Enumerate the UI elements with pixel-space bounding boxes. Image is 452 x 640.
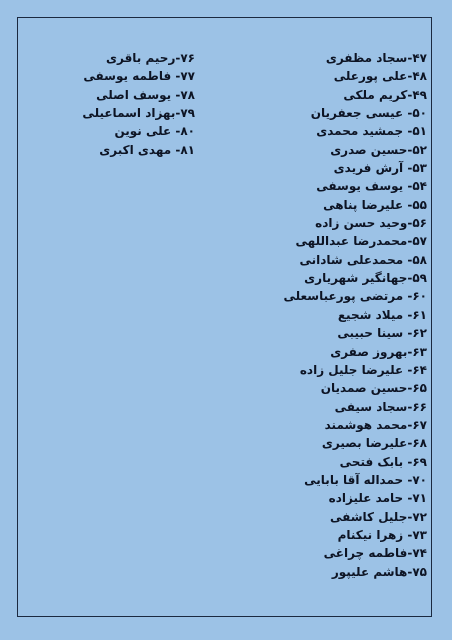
document-page: ۴۷-سجاد مظفری۴۸-علی پورعلی۴۹-کریم ملکی۵۰… [0, 0, 452, 640]
list-entry: ۴۹-کریم ملکی [283, 86, 427, 104]
list-entry: ۷۷- فاطمه یوسفی [82, 67, 195, 85]
list-entry: ۷۵-هاشم علیپور [283, 563, 427, 581]
name-list-left-column: ۷۶-رحیم باقری۷۷- فاطمه یوسفی۷۸- یوسف اصل… [82, 49, 195, 159]
list-entry: ۷۳- زهرا نیکنام [283, 526, 427, 544]
list-entry: ۶۴- علیرضا جلیل زاده [283, 361, 427, 379]
list-entry: ۶۷-محمد هوشمند [283, 416, 427, 434]
list-entry: ۵۷-محمدرضا عبداللهی [283, 232, 427, 250]
list-entry: ۵۹-جهانگیر شهریاری [283, 269, 427, 287]
list-entry: ۷۰- حمداله آقا بابایی [283, 471, 427, 489]
list-entry: ۷۱- حامد علیزاده [283, 489, 427, 507]
list-entry: ۵۱- جمشید محمدی [283, 122, 427, 140]
list-entry: ۵۰- عیسی جعفریان [283, 104, 427, 122]
list-entry: ۵۴- یوسف یوسفی [283, 177, 427, 195]
list-entry: ۶۲- سینا حبیبی [283, 324, 427, 342]
list-entry: ۷۲-جلیل کاشفی [283, 508, 427, 526]
list-entry: ۶۰- مرتضی پورعباسعلی [283, 287, 427, 305]
list-entry: ۶۹- بابک فتحی [283, 453, 427, 471]
list-entry: ۷۶-رحیم باقری [82, 49, 195, 67]
list-entry: ۵۵- علیرضا پناهی [283, 196, 427, 214]
list-entry: ۴۷-سجاد مظفری [283, 49, 427, 67]
list-entry: ۶۸-علیرضا بصیری [283, 434, 427, 452]
list-entry: ۵۲-حسین صدری [283, 141, 427, 159]
list-entry: ۶۱- میلاد شجیع [283, 306, 427, 324]
list-entry: ۸۱- مهدی اکبری [82, 141, 195, 159]
list-entry: ۴۸-علی پورعلی [283, 67, 427, 85]
list-entry: ۵۸- محمدعلی شادانی [283, 251, 427, 269]
list-entry: ۶۶-سجاد سیفی [283, 398, 427, 416]
list-entry: ۷۸- یوسف اصلی [82, 86, 195, 104]
name-list-right-column: ۴۷-سجاد مظفری۴۸-علی پورعلی۴۹-کریم ملکی۵۰… [283, 49, 427, 581]
list-entry: ۶۵-حسین صمدیان [283, 379, 427, 397]
list-entry: ۶۳-بهروز صفری [283, 343, 427, 361]
list-entry: ۷۹-بهزاد اسماعیلی [82, 104, 195, 122]
list-entry: ۵۶-وحید حسن زاده [283, 214, 427, 232]
list-entry: ۷۴-فاطمه چراغی [283, 544, 427, 562]
list-entry: ۵۳- آرش فریدی [283, 159, 427, 177]
list-entry: ۸۰- علی نوین [82, 122, 195, 140]
